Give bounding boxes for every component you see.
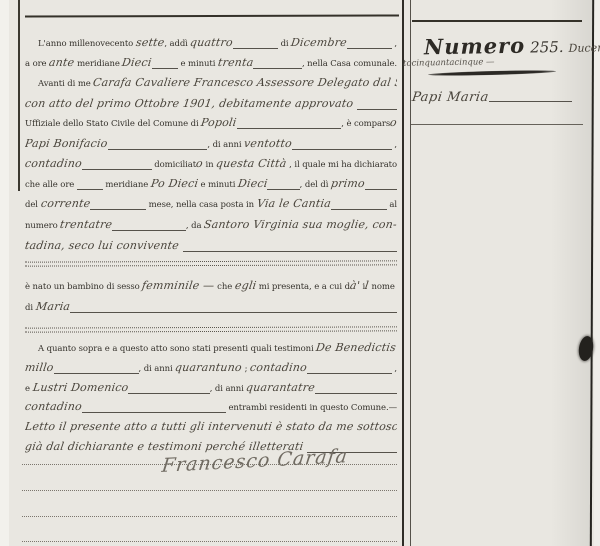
form-line: contadino entrambi residenti in questo C… — [25, 400, 397, 416]
handwritten-text: Papi Bonifacio — [25, 137, 108, 150]
paragraph-divider — [25, 326, 397, 332]
blank-rule — [357, 108, 397, 110]
blank-rule — [237, 127, 342, 129]
form-line: che alle ore meridiane Po Dieci e minuti… — [25, 177, 397, 193]
column-divider-rule — [402, 0, 404, 546]
printed-text: del — [25, 200, 41, 210]
printed-text: L'anno millenovecento — [38, 39, 136, 49]
form-line: millo, di anni quarantuno ; contadino , — [25, 361, 397, 377]
blank-rule — [365, 188, 397, 190]
handwritten-text: à' — [349, 279, 361, 292]
form-line: con atto del primo Ottobre 1901, debitam… — [25, 97, 397, 113]
blank-rule — [152, 67, 178, 69]
printed-text: e minuti — [178, 59, 218, 69]
dotted-rule — [22, 490, 397, 492]
form-line: a ore ante meridiane Dieci e minuti tren… — [25, 56, 397, 72]
blank-rule — [315, 392, 397, 394]
handwritten-text: De Benedictis Ca- — [315, 341, 397, 354]
printed-text: domiciliat — [152, 160, 196, 170]
printed-text: , — [392, 39, 397, 49]
printed-text: numero — [25, 221, 60, 231]
printed-text: Uffiziale dello Stato Civile del Comune … — [25, 119, 201, 129]
printed-text: A quanto sopra e a questo atto sono stat… — [38, 344, 316, 354]
printed-text: , il quale mi ha dichiarato — [287, 160, 397, 170]
printed-text: meridiane — [103, 180, 151, 190]
margin-separator-rule — [411, 124, 583, 125]
printed-text: , del dì — [300, 180, 331, 190]
dotted-rule — [22, 541, 397, 543]
numero-digits: 255. — [530, 38, 564, 57]
handwritten-text: primo — [330, 177, 366, 190]
handwritten-text: quattro — [189, 36, 234, 49]
blank-rule — [489, 100, 572, 102]
top-rule-right — [412, 20, 582, 22]
top-rule-left — [25, 15, 399, 18]
numero-word-part2: tocinquantacinque — — [403, 57, 495, 69]
handwritten-text: Maria — [35, 300, 71, 313]
handwritten-text: Santoro Virginia sua moglie, con- — [203, 218, 397, 231]
blank-rule — [267, 188, 299, 190]
blank-rule — [77, 188, 103, 190]
birth-record-scan: Numero 255. Ducen tocinquantacinque — Pa… — [0, 0, 600, 546]
handwritten-text: Letto il presente atto a tutti gli inter… — [25, 420, 397, 433]
handwritten-text: quarantatre — [245, 381, 316, 394]
handwritten-text: ante — [48, 56, 75, 69]
blank-rule — [128, 392, 210, 394]
printed-text: a ore — [25, 59, 49, 69]
handwritten-text: con atto del primo Ottobre 1901, debitam… — [25, 97, 358, 110]
blank-rule — [90, 208, 146, 210]
blank-rule — [82, 411, 226, 413]
form-line: Papi Bonifacio, di anni ventotto , — [25, 137, 397, 153]
blank-rule — [70, 311, 397, 313]
blank-rule — [233, 47, 278, 49]
blank-rule — [54, 372, 139, 374]
handwritten-text: Popoli — [200, 116, 237, 129]
handwritten-text: ventotto — [243, 137, 293, 150]
numero-word-part1: Ducen — [568, 41, 600, 55]
form-line: di Maria — [25, 300, 397, 316]
printed-text: mese, nella casa posta in — [146, 200, 257, 210]
printed-text: , di anni — [210, 384, 247, 394]
printed-text: , da — [186, 221, 204, 231]
printed-text: , di anni — [139, 364, 176, 374]
dotted-rule — [22, 516, 397, 518]
blank-rule — [82, 168, 152, 170]
form-line: contadino domiciliato in questa Città , … — [25, 157, 397, 173]
form-line: Avanti di me Carafa Cavaliere Francesco … — [25, 76, 397, 92]
handwritten-text: Dicembre — [290, 36, 348, 49]
printed-text: , è compars — [341, 119, 390, 129]
form-line: A quanto sopra e a questo atto sono stat… — [25, 341, 397, 357]
blank-rule — [307, 372, 392, 374]
printed-text: , di anni — [207, 140, 244, 150]
printed-text: che alle ore — [25, 180, 77, 190]
printed-text: entrambi residenti in questo Comune.— — [226, 403, 397, 413]
dotted-rule — [22, 464, 397, 466]
handwritten-text: Via le Cantia — [256, 197, 332, 210]
handwritten-text: trenta — [217, 56, 254, 69]
blank-rule — [331, 208, 387, 210]
act-number-row: Numero 255. Ducen — [424, 32, 586, 60]
handwritten-text: Dieci — [237, 177, 268, 190]
handwritten-text: tadina, seco lui convivente — [25, 239, 184, 252]
handwritten-text: egli — [234, 279, 257, 292]
printed-text: è nato un bambino di sesso — [25, 282, 142, 292]
blank-rule — [253, 67, 302, 69]
form-line: tadina, seco lui convivente — [25, 239, 397, 255]
handwritten-text: Dieci — [121, 56, 152, 69]
child-name-row: Papi Maria — [412, 90, 572, 105]
child-name: Papi Maria — [411, 90, 490, 105]
binding-shadow — [550, 0, 592, 546]
blank-rule — [347, 47, 392, 49]
printed-text: e minuti — [198, 180, 238, 190]
handwritten-text: Lustri Domenico — [32, 381, 129, 394]
handwritten-text: contadino — [25, 157, 83, 170]
handwritten-text: trentatre — [59, 218, 113, 231]
pen-flourish — [428, 69, 556, 76]
printed-text: , nella Casa comunale. — [302, 59, 397, 69]
form-line: Letto il presente atto a tutti gli inter… — [25, 420, 397, 436]
printed-text: meridiane — [74, 59, 122, 69]
printed-text: , addì — [164, 39, 190, 49]
handwritten-text: contadino — [25, 400, 83, 413]
blank-rule — [112, 229, 185, 231]
handwritten-text: questa Città — [215, 157, 287, 170]
handwritten-text: o — [389, 116, 397, 129]
printed-text: che — [215, 282, 235, 292]
printed-text: al — [387, 200, 397, 210]
paragraph-divider — [25, 260, 397, 266]
blank-rule — [183, 250, 397, 252]
blank-rule — [292, 148, 392, 150]
handwritten-text: quarantuno — [174, 361, 243, 374]
left-margin-rule — [18, 0, 20, 191]
form-line: è nato un bambino di sesso femminile — c… — [25, 279, 397, 295]
handwritten-text: femminile — — [141, 279, 215, 292]
form-line: e Lustri Domenico, di anni quarantatre — [25, 381, 397, 397]
handwritten-text: contadino — [249, 361, 308, 374]
page-left-edge — [0, 0, 9, 546]
handwritten-text: Carafa Cavaliere Francesco Assessore Del… — [92, 76, 397, 89]
handwritten-text: sette — [135, 36, 165, 49]
printed-text: in — [203, 160, 216, 170]
printed-text: nome — [369, 282, 395, 292]
form-line: Uffiziale dello Stato Civile del Comune … — [25, 116, 397, 132]
handwritten-text: corrente — [40, 197, 91, 210]
numero-label: Numero — [424, 33, 526, 60]
form-line: del corrente mese, nella casa posta in V… — [25, 197, 397, 213]
printed-text: , — [392, 364, 397, 374]
printed-text: mi presenta, e a cui d — [256, 282, 350, 292]
handwritten-text: Po Dieci — [150, 177, 199, 190]
printed-text: Avanti di me — [38, 79, 93, 89]
page-right-edge — [594, 0, 600, 546]
column-divider-rule-inner — [410, 0, 411, 546]
handwritten-text: millo — [25, 361, 55, 374]
form-line: L'anno millenovecento sette, addì quattr… — [25, 36, 397, 52]
printed-text: , — [392, 140, 397, 150]
form-line: numero trentatre, da Santoro Virginia su… — [25, 218, 397, 234]
blank-rule — [108, 148, 208, 150]
printed-text: di — [25, 303, 36, 313]
